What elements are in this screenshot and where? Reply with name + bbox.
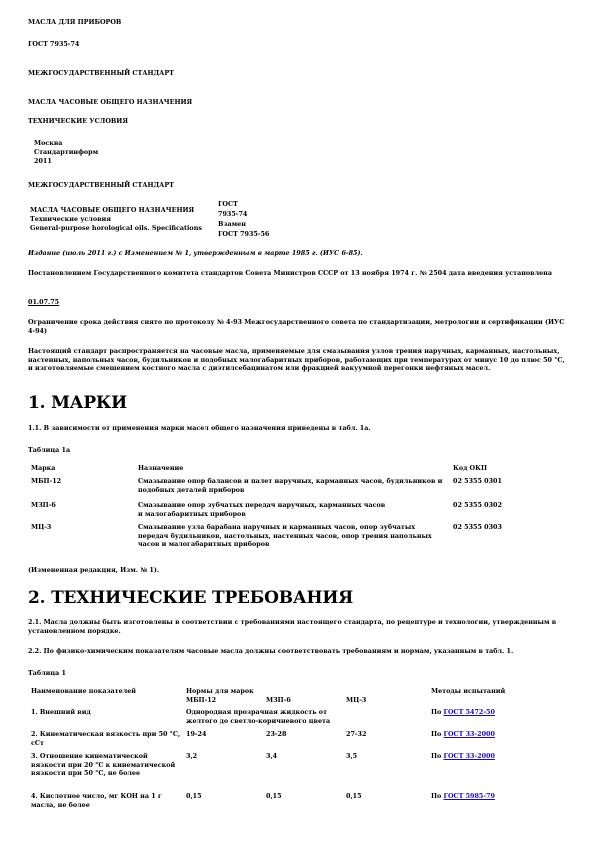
table-1-header-norms: Нормы для марок <box>186 687 254 696</box>
table-1-row1-method: По ГОСТ 5472-50 <box>431 708 495 717</box>
method-prefix: По <box>431 792 441 800</box>
table-1a-row2-purpose: Смазывание опор зубчатых передач наручны… <box>138 501 388 518</box>
table-1-row3-v3: 3,5 <box>346 752 357 761</box>
scope-text: Настоящий стандарт распространяется на ч… <box>28 347 567 373</box>
table-1-row4-v1: 0,15 <box>186 792 202 801</box>
decree-text: Постановлением Государственного комитета… <box>28 269 567 278</box>
table-1-header-indicator: Наименование показателей <box>31 687 136 696</box>
table-1: Наименование показателей Нормы для марок… <box>28 687 568 817</box>
section-1-note: (Измененная редакция, Изм. № 1). <box>28 566 567 575</box>
table-1a-row2-okp: 02 5355 0302 <box>453 501 502 510</box>
section-1-p1: 1.1. В зависимости от применения марки м… <box>28 424 567 433</box>
table-1-row4-name: 4. Кислотное число, мг КОН на 1 г масла,… <box>31 792 181 809</box>
table-1-row3-method: По ГОСТ 33-2000 <box>431 752 495 761</box>
table-1-row4-v2: 0,15 <box>266 792 282 801</box>
doc-heading-oils: МАСЛА ДЛЯ ПРИБОРОВ <box>28 18 567 27</box>
table-1-header-mark-3: МЦ-3 <box>346 696 366 705</box>
replaces-standard: ГОСТ 7935-56 <box>218 230 269 239</box>
gost-link[interactable]: ГОСТ 5472-50 <box>444 708 495 716</box>
table-1-header-mark-1: МБП-12 <box>186 696 216 705</box>
table-1a-row1-purpose: Смазывание опор балансов и палет наручны… <box>138 477 448 494</box>
doc-heading-interstate-2: МЕЖГОСУДАРСТВЕННЫЙ СТАНДАРТ <box>28 181 567 190</box>
table-1-header-mark-2: МЗП-6 <box>266 696 291 705</box>
table-1a-row3-purpose: Смазывание узла барабана наручных и карм… <box>138 523 438 549</box>
doc-heading-gost: ГОСТ 7935-74 <box>28 40 567 49</box>
gost-link[interactable]: ГОСТ 33-2000 <box>444 730 495 738</box>
introduction-date: 01.07.75 <box>28 298 567 307</box>
table-1a-row1-mark: МБП-12 <box>31 477 61 486</box>
section-2-title: 2. ТЕХНИЧЕСКИЕ ТРЕБОВАНИЯ <box>28 588 353 608</box>
publisher-year: 2011 <box>34 157 567 166</box>
title-block: МАСЛА ЧАСОВЫЕ ОБЩЕГО НАЗНАЧЕНИЯ Техничес… <box>30 200 290 244</box>
table-1-row1-merged: Однородная прозрачная жидкость от желтог… <box>186 708 346 725</box>
gost-label: ГОСТ <box>218 200 238 209</box>
method-prefix: По <box>431 708 441 716</box>
table-1a: Марка Назначение Код ОКП МБП-12 Смазыван… <box>28 464 568 560</box>
table-1-row2-v3: 27-32 <box>346 730 366 739</box>
table-1-row3-name: 3. Отношение кинематической вязкости при… <box>31 752 176 778</box>
method-prefix: По <box>431 730 441 738</box>
table-1-header-method: Методы испытаний <box>431 687 505 696</box>
doc-heading-interstate: МЕЖГОСУДАРСТВЕННЫЙ СТАНДАРТ <box>28 69 567 78</box>
table-1-row2-method: По ГОСТ 33-2000 <box>431 730 495 739</box>
table-1a-header-okp: Код ОКП <box>453 464 487 473</box>
table-1-row2-name: 2. Кинематическая вязкость при 50 °С, сС… <box>31 730 181 747</box>
replaces-label: Взамен <box>218 220 246 229</box>
table-1a-row2-mark: МЗП-6 <box>31 501 56 510</box>
table-1-row4-v3: 0,15 <box>346 792 362 801</box>
table-1-row3-v1: 3,2 <box>186 752 197 761</box>
subtitle-ru: Технические условия <box>30 215 111 224</box>
table-1-caption: Таблица 1 <box>28 669 567 678</box>
gost-link[interactable]: ГОСТ 33-2000 <box>444 752 495 760</box>
table-1-row4-method: По ГОСТ 5985-79 <box>431 792 495 801</box>
limitation-text: Ограничение срока действия снято по прот… <box>28 318 567 335</box>
gost-number: 7935-74 <box>218 210 247 219</box>
table-1a-row1-okp: 02 5355 0301 <box>453 477 502 486</box>
publisher-city: Москва <box>34 139 567 148</box>
table-1-row3-v2: 3,4 <box>266 752 277 761</box>
doc-heading-techcond: ТЕХНИЧЕСКИЕ УСЛОВИЯ <box>28 117 567 126</box>
method-prefix: По <box>431 752 441 760</box>
title-ru: МАСЛА ЧАСОВЫЕ ОБЩЕГО НАЗНАЧЕНИЯ <box>30 206 194 215</box>
table-1a-row3-okp: 02 5355 0303 <box>453 523 502 532</box>
doc-heading-title: МАСЛА ЧАСОВЫЕ ОБЩЕГО НАЗНАЧЕНИЯ <box>28 98 567 107</box>
gost-link[interactable]: ГОСТ 5985-79 <box>444 792 495 800</box>
table-1-row2-v1: 19-24 <box>186 730 206 739</box>
table-1a-row3-mark: МЦ-3 <box>31 523 51 532</box>
edition-note: Издание (июль 2011 г.) с Изменением № 1,… <box>28 249 567 258</box>
table-1a-header-purpose: Назначение <box>138 464 183 473</box>
section-2-p2: 2.2. По физико-химическим показателям ча… <box>28 647 567 656</box>
section-2-p1: 2.1. Масла должны быть изготовлены в соо… <box>28 618 567 635</box>
table-1-row2-v2: 23-28 <box>266 730 286 739</box>
section-1-title: 1. МАРКИ <box>28 393 127 413</box>
title-en: General-purpose horological oils. Specif… <box>30 224 202 233</box>
publisher-name: Стандартинформ <box>34 148 567 157</box>
table-1a-header-mark: Марка <box>31 464 55 473</box>
table-1a-caption: Таблица 1а <box>28 446 567 455</box>
table-1-row1-name: 1. Внешний вид <box>31 708 181 717</box>
